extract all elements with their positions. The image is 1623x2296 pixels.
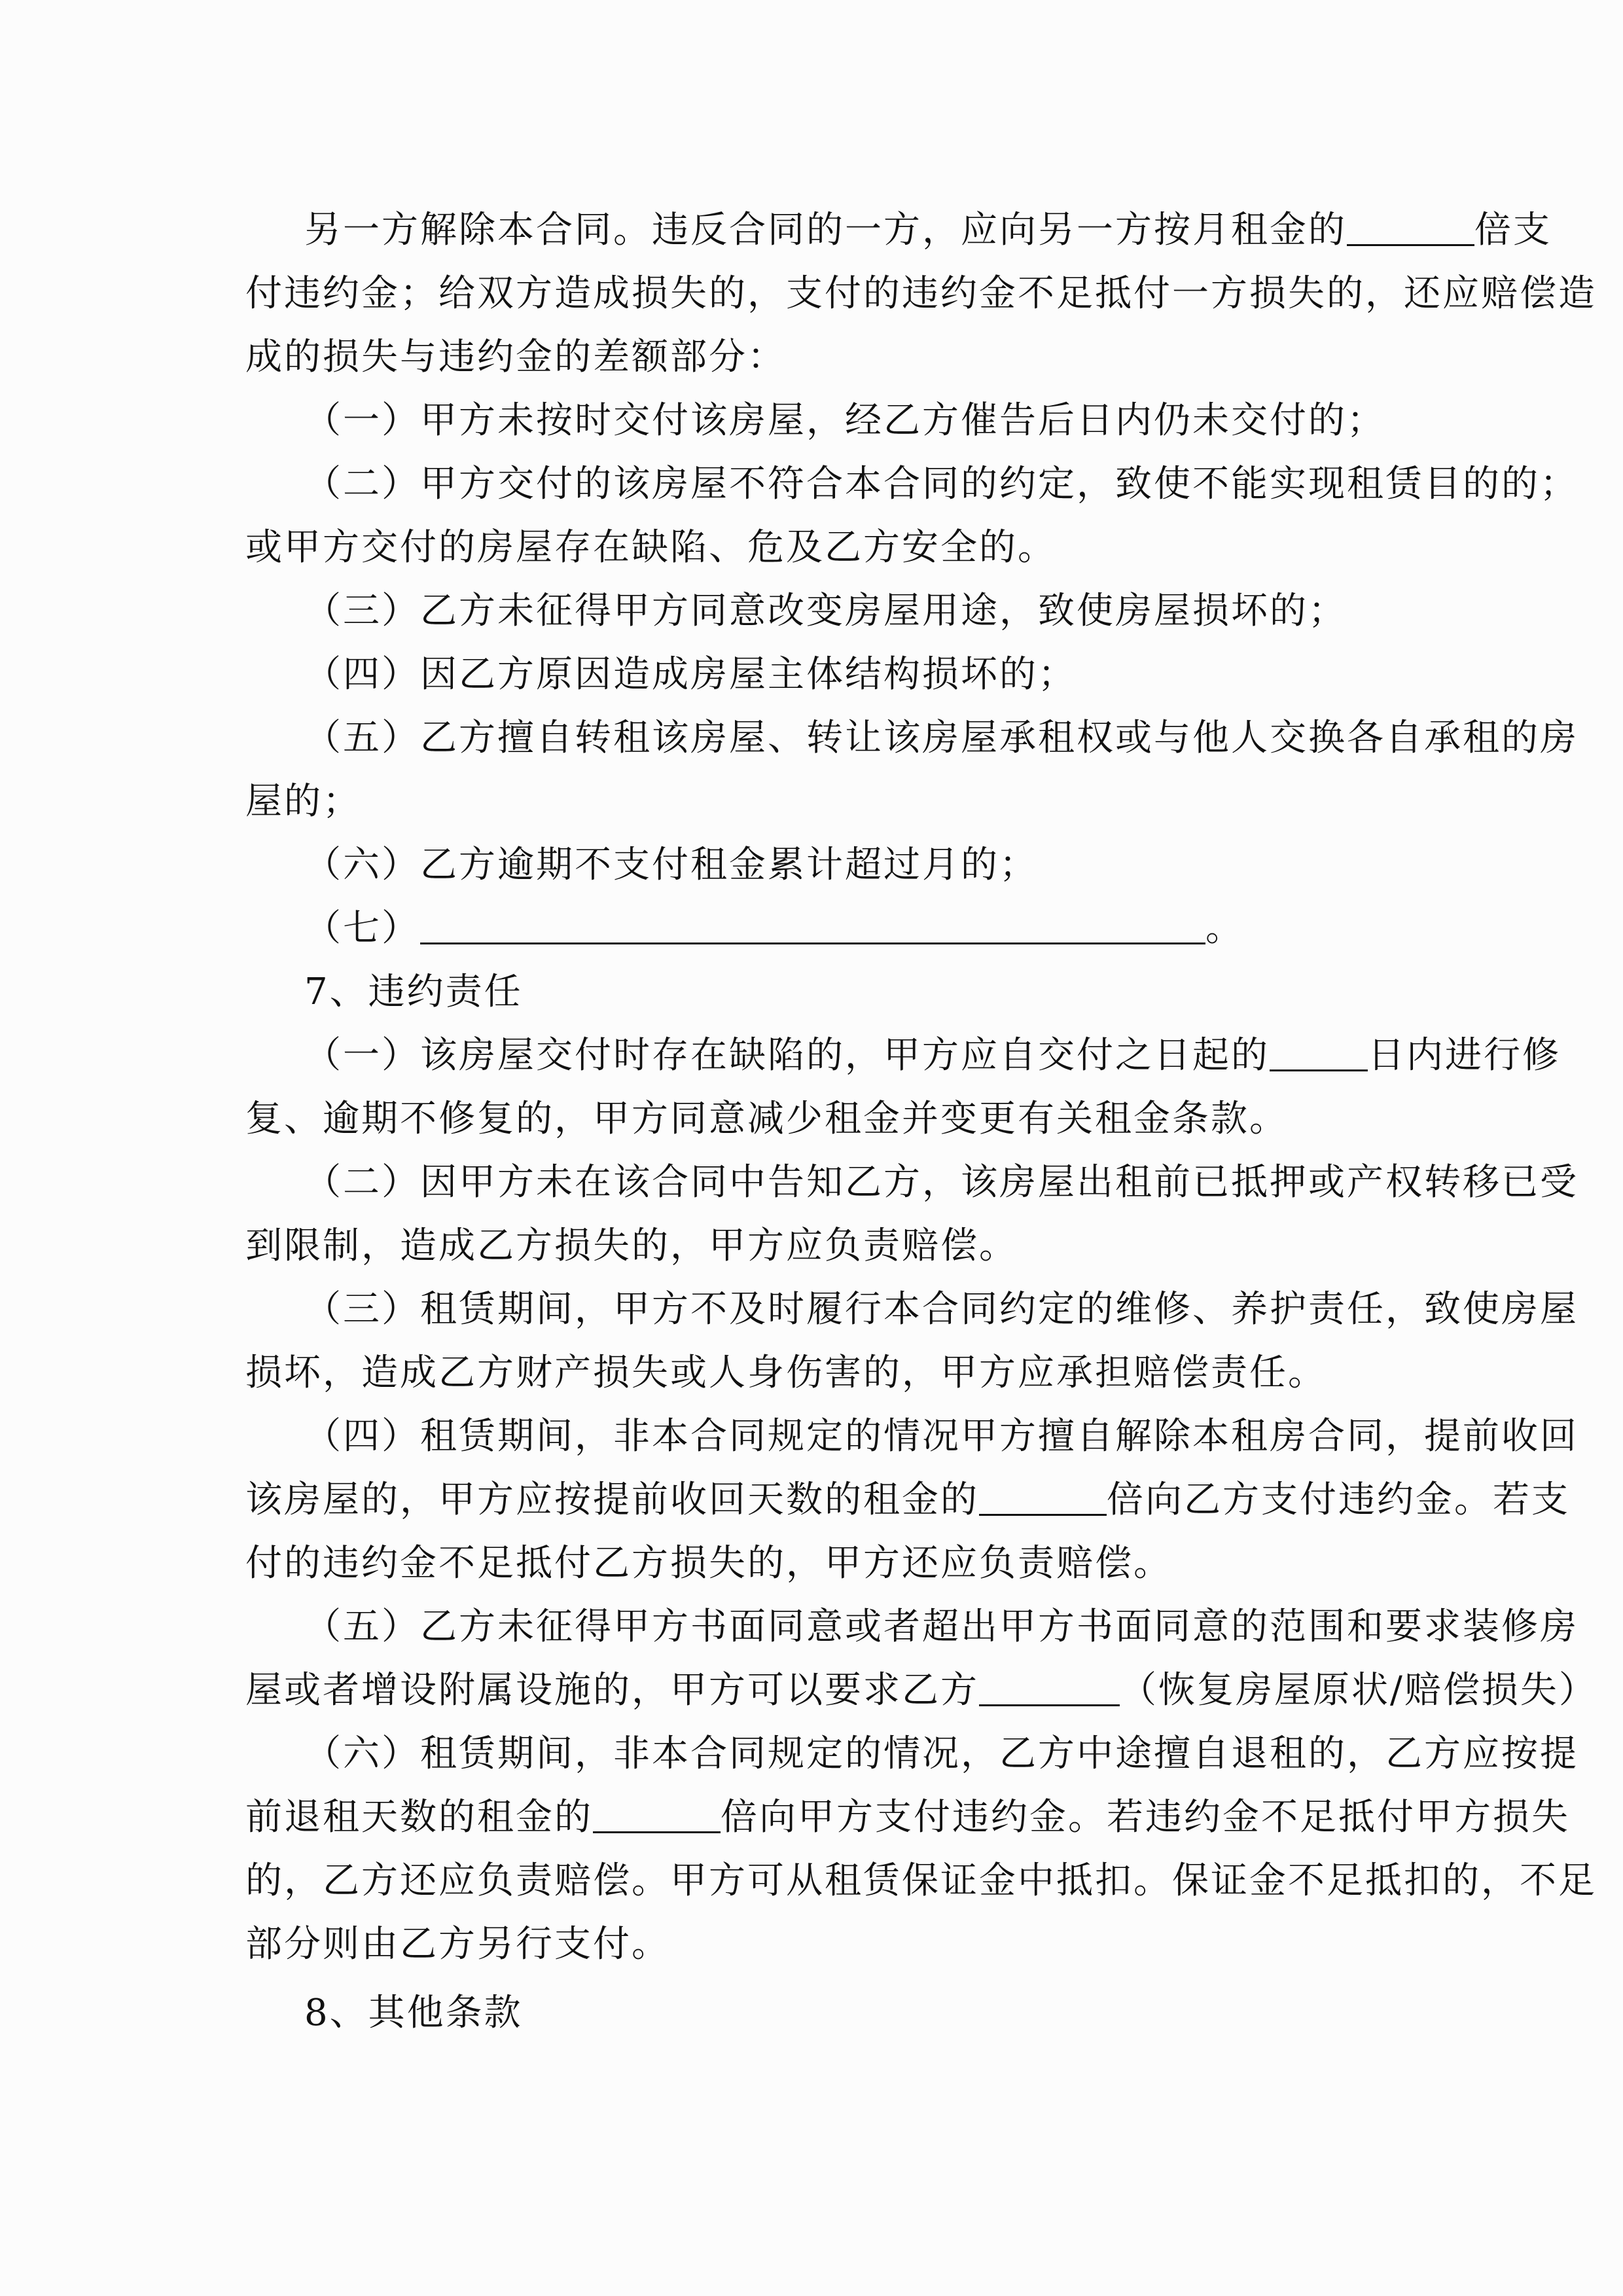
paragraph-line: 该房屋的，甲方应按提前收回天数的租金的倍向乙方支付违约金。若支 <box>245 1474 1381 1526</box>
line-text: （恢复房屋原状/赔偿损失） <box>1120 1669 1597 1712</box>
paragraph-line: 的，乙方还应负责赔偿。甲方可从租赁保证金中抵扣。保证金不足抵扣的，不足 <box>245 1855 1381 1907</box>
list-item: （六）乙方逾期不支付租金累计超过月的； <box>304 839 1038 891</box>
list-item: （二）甲方交付的该房屋不符合本合同的约定，致使不能实现租赁目的的； <box>304 458 1381 511</box>
list-item: （二）因甲方未在该合同中告知乙方，该房屋出租前已抵押或产权转移已受 <box>304 1157 1381 1209</box>
fill-in-blank <box>1347 207 1474 246</box>
line-text: 倍向乙方支付违约金。若支 <box>1107 1479 1570 1521</box>
paragraph-line: 部分则由乙方另行支付。 <box>245 1918 670 1971</box>
list-item: （三）乙方未征得甲方同意改变房屋用途，致使房屋损坏的； <box>304 585 1347 637</box>
section-heading: 8、其他条款 <box>304 1987 523 2039</box>
list-item: （六）租赁期间，非本合同规定的情况，乙方中途擅自退租的，乙方应按提 <box>304 1728 1381 1780</box>
paragraph-line: 付违约金；给双方造成损失的，支付的违约金不足抵付一方损失的，还应赔偿造 <box>245 268 1381 320</box>
list-item: （三）租赁期间，甲方不及时履行本合同约定的维修、养护责任，致使房屋 <box>304 1283 1381 1336</box>
list-item: （五）乙方擅自转租该房屋、转让该房屋承租权或与他人交换各自承租的房 <box>304 712 1381 764</box>
paragraph-line: 屋的； <box>245 776 361 828</box>
fill-in-blank <box>593 1795 721 1833</box>
fill-in-blank <box>420 906 1205 944</box>
paragraph-line: 损坏，造成乙方财产损失或人身伤害的，甲方应承担赔偿责任。 <box>245 1347 1327 1399</box>
list-item: （四）租赁期间，非本合同规定的情况甲方擅自解除本租房合同，提前收回 <box>304 1410 1381 1463</box>
fill-in-blank <box>979 1477 1107 1516</box>
line-text: （一）该房屋交付时存在缺陷的，甲方应自交付之日起的 <box>304 1034 1270 1077</box>
paragraph-line: 或甲方交付的房屋存在缺陷、危及乙方安全的。 <box>245 522 1056 574</box>
paragraph-line: 屋或者增设附属设施的，甲方可以要求乙方（恢复房屋原状/赔偿损失） <box>245 1664 1381 1717</box>
list-item: （七）。 <box>304 903 1244 955</box>
section-heading: 7、违约责任 <box>304 966 523 1018</box>
list-item: （一）甲方未按时交付该房屋，经乙方催告后日内仍未交付的； <box>304 395 1385 447</box>
line-text: 该房屋的，甲方应按提前收回天数的租金的 <box>245 1479 979 1521</box>
list-item: （四）因乙方原因造成房屋主体结构损坏的； <box>304 649 1077 701</box>
line-text: 另一方解除本合同。违反合同的一方，应向另一方按月租金的 <box>304 209 1347 251</box>
line-text: 倍支 <box>1474 209 1552 251</box>
paragraph-line: 成的损失与违约金的差额部分： <box>245 331 786 384</box>
fill-in-blank <box>979 1668 1120 1706</box>
fill-in-blank <box>1270 1033 1368 1071</box>
paragraph-line: 另一方解除本合同。违反合同的一方，应向另一方按月租金的倍支 <box>304 204 1381 257</box>
paragraph-line: 复、逾期不修复的，甲方同意减少租金并变更有关租金条款。 <box>245 1093 1288 1145</box>
line-text: 前退租天数的租金的 <box>245 1796 593 1839</box>
list-item: （五）乙方未征得甲方书面同意或者超出甲方书面同意的范围和要求装修房 <box>304 1601 1381 1653</box>
paragraph-line: 付的违约金不足抵付乙方损失的，甲方还应负责赔偿。 <box>245 1537 1172 1590</box>
line-text: 屋或者增设附属设施的，甲方可以要求乙方 <box>245 1669 979 1712</box>
list-item: （一）该房屋交付时存在缺陷的，甲方应自交付之日起的日内进行修 <box>304 1030 1381 1082</box>
line-text: 日内进行修 <box>1368 1034 1561 1077</box>
paragraph-line: 前退租天数的租金的倍向甲方支付违约金。若违约金不足抵付甲方损失 <box>245 1791 1381 1844</box>
line-text: （七） <box>304 907 420 950</box>
line-text: 倍向甲方支付违约金。若违约金不足抵付甲方损失 <box>721 1796 1570 1839</box>
paragraph-line: 到限制，造成乙方损失的，甲方应负责赔偿。 <box>245 1220 1018 1272</box>
line-text: 。 <box>1205 907 1244 950</box>
